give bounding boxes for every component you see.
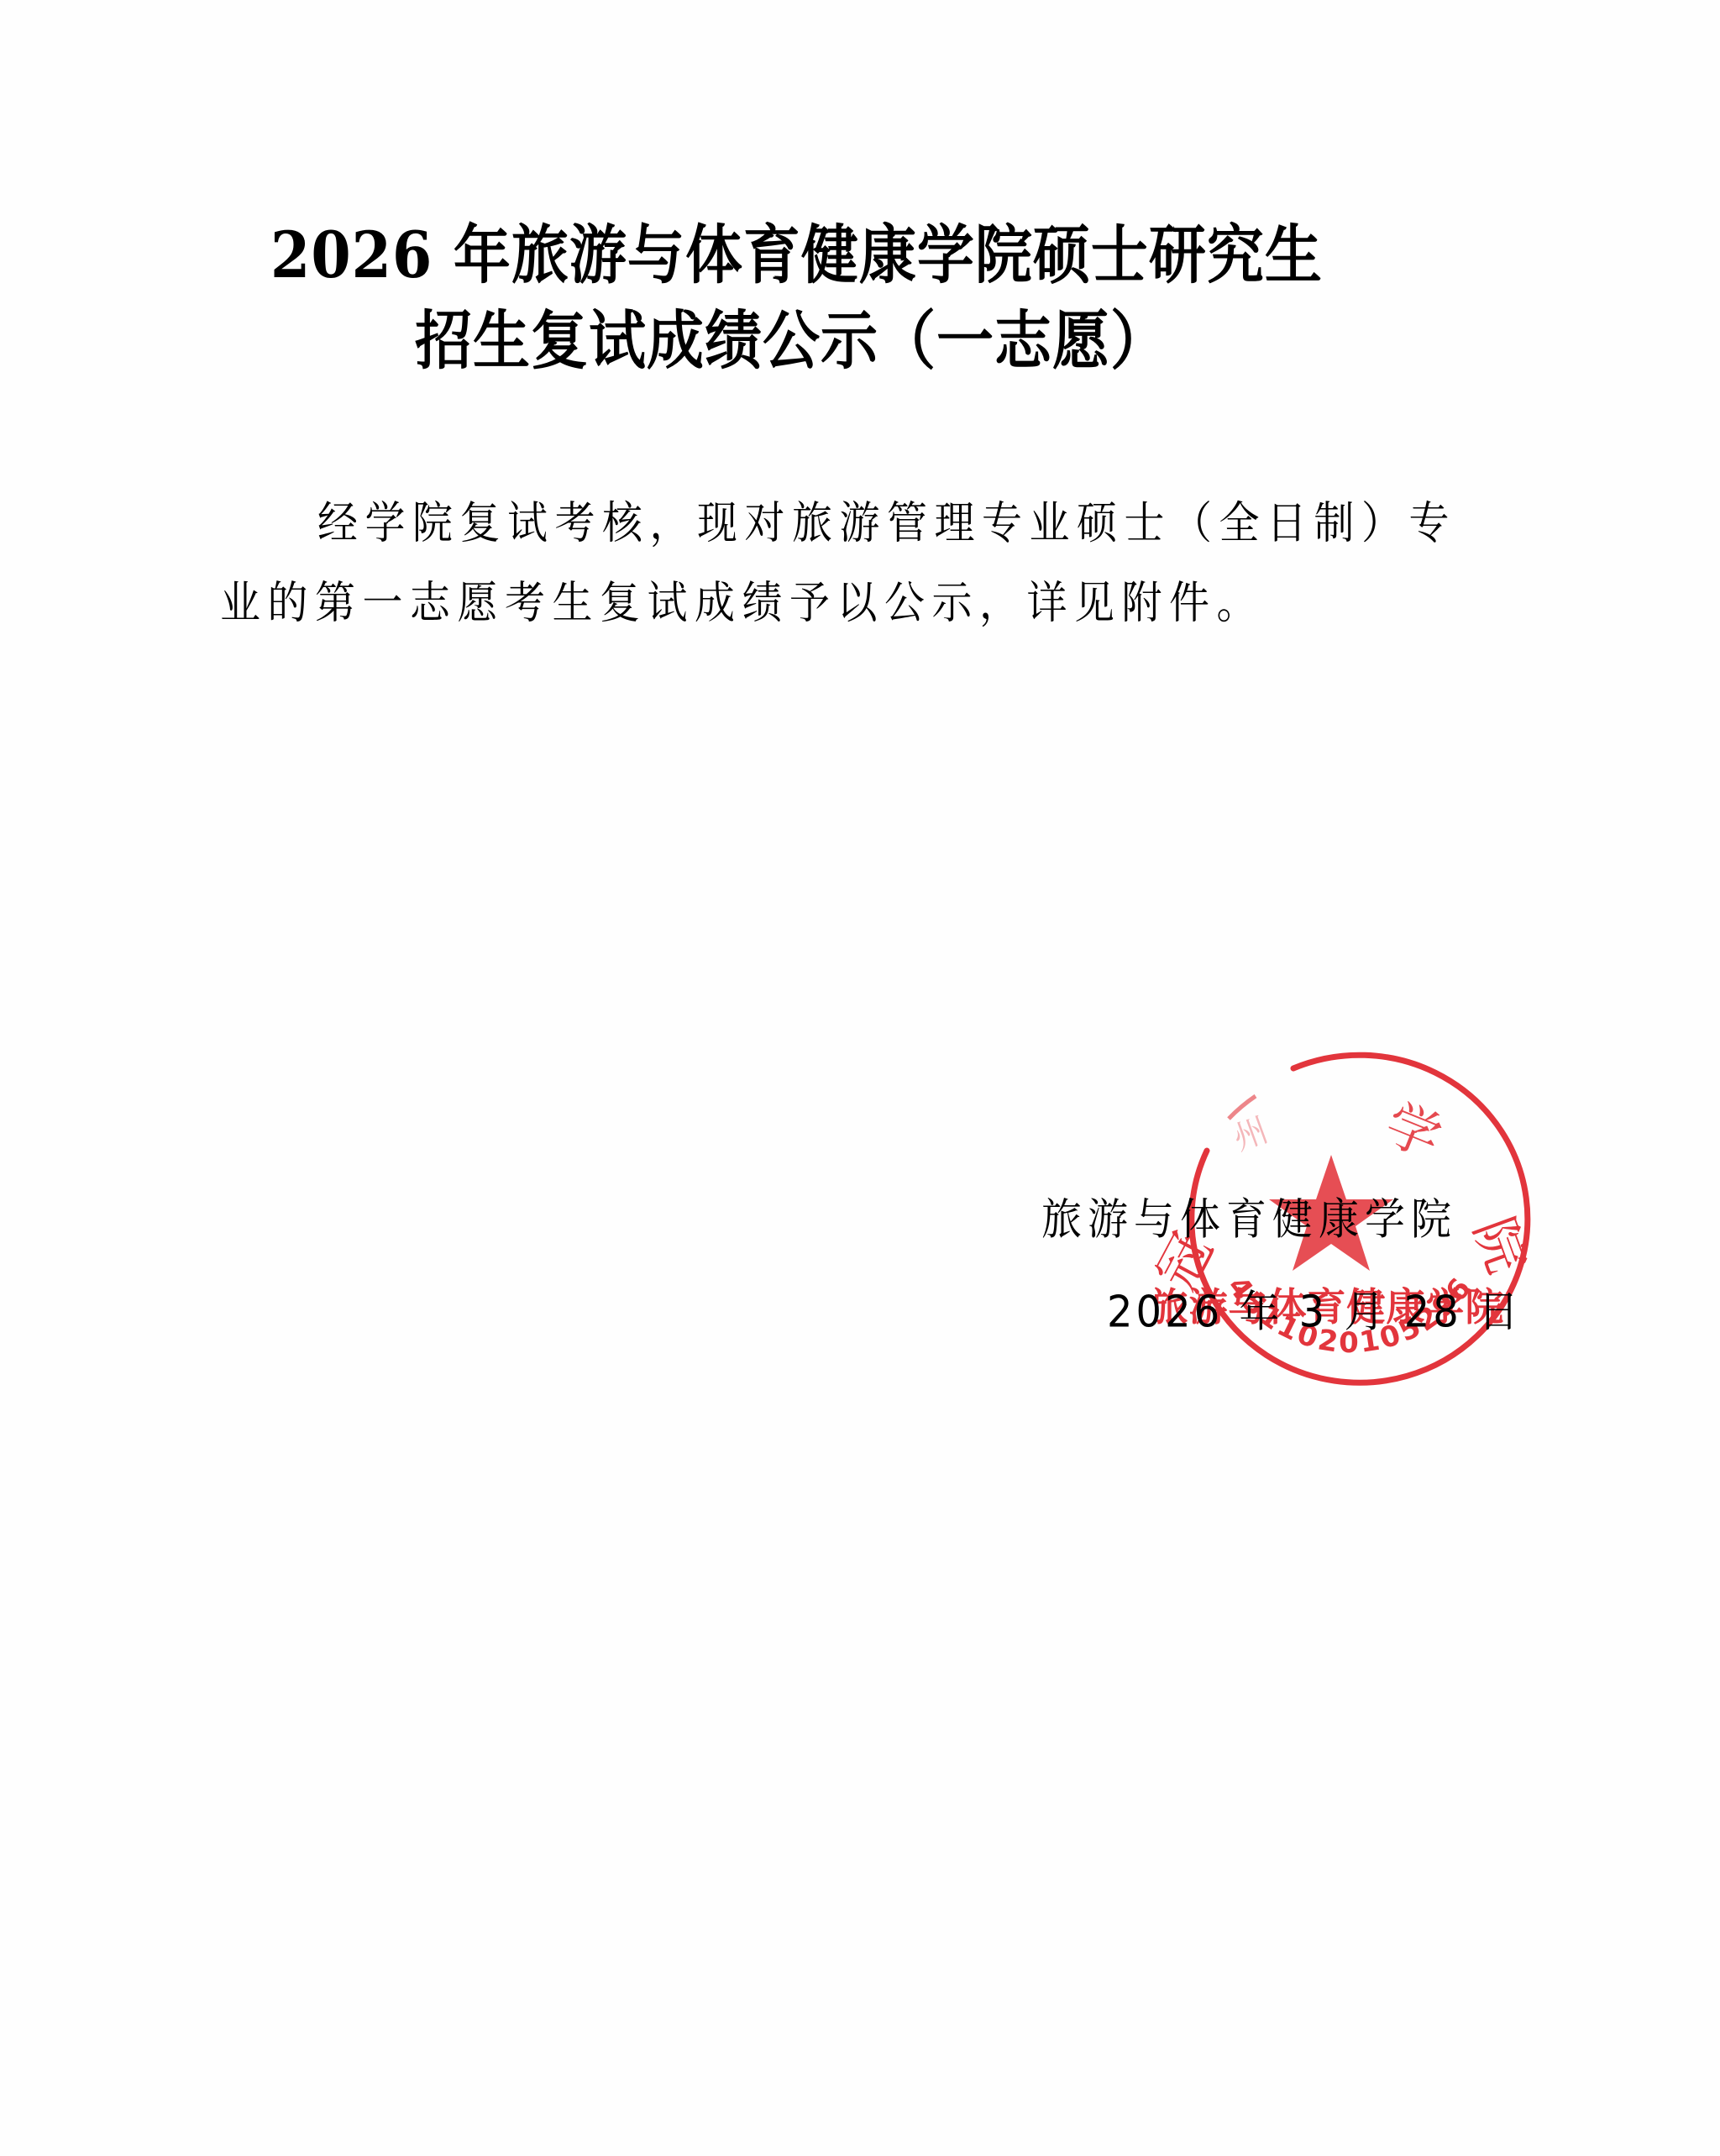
svg-text:州: 州	[1229, 1110, 1273, 1158]
signature-organization: 旅游与体育健康学院	[1041, 1193, 1457, 1247]
body-paragraph-line-1: 经学院复试考核，现对旅游管理专业硕士（全日制）专	[317, 496, 1456, 551]
document-title-line-1: 2026 年旅游与体育健康学院硕士研究生	[270, 208, 1720, 302]
document-page: 2026 年旅游与体育健康学院硕士研究生 招生复试成绩公示（一志愿） 经学院复试…	[0, 0, 1720, 2156]
document-title-line-2: 招生复试成绩公示（一志愿）	[415, 294, 1720, 388]
body-paragraph-line-2: 业的第一志愿考生复试成绩予以公示，详见附件。	[220, 575, 1264, 631]
seal-arc-char-top: 学	[1377, 1093, 1450, 1171]
signature-date: 2026 年 3 月 28 日	[1107, 1285, 1522, 1340]
